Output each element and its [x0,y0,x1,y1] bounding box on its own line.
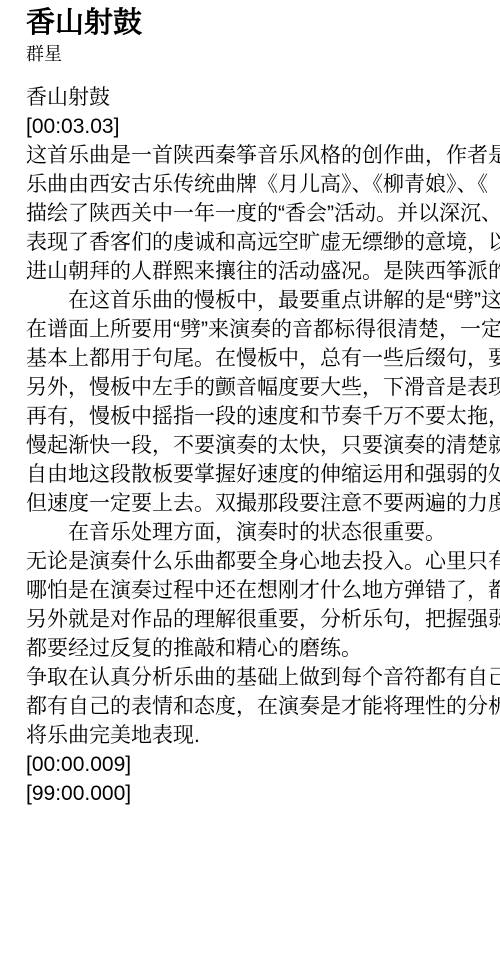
lyrics-line: 再有，慢板中摇指一段的速度和节奏千万不要太拖，很 [26,402,500,431]
lyrics-line: 在音乐处理方面，演奏时的状态很重要。 [26,518,500,547]
artist-name: 群星 [26,42,500,66]
lyrics-line: [99:00.000] [26,779,500,808]
lyrics-line: 争取在认真分析乐曲的基础上做到每个音符都有自己的 [26,663,500,692]
lyrics-line: 这首乐曲是一首陕西秦筝音乐风格的创作曲，作者是陕 [26,141,500,170]
lyrics-line: 自由地这段散板要掌握好速度的伸缩运用和强弱的处理 [26,460,500,489]
lyrics-line: 香山射鼓 [26,83,500,112]
lyrics-line: 另外就是对作品的理解很重要，分析乐句，把握强弱。 [26,605,500,634]
lyrics-line: 哪怕是在演奏过程中还在想刚才什么地方弹错了，都会 [26,576,500,605]
lyrics-line: 进山朝拜的人群熙来攘往的活动盛况。是陕西筝派的代 [26,257,500,286]
lyrics-line: [00:03.03] [26,112,500,141]
lyrics-line: 将乐曲完美地表现. [26,721,500,750]
lyrics-line: 另外，慢板中左手的颤音幅度要大些，下滑音是表现语 [26,373,500,402]
lyrics-text: 香山射鼓[00:03.03]这首乐曲是一首陕西秦筝音乐风格的创作曲，作者是陕乐曲… [26,83,500,808]
lyrics-line: 在谱面上所要用“劈”来演奏的音都标得很清楚，一定 [26,315,500,344]
lyrics-line: 乐曲由西安古乐传统曲牌《月儿高》、《柳青娘》、《 [26,170,500,199]
lyrics-line: 都要经过反复的推敲和精心的磨练。 [26,634,500,663]
lyrics-line: 慢起渐快一段，不要演奏的太快，只要演奏的清楚就可 [26,431,500,460]
lyrics-line: [00:00.009] [26,750,500,779]
lyrics-line: 无论是演奏什么乐曲都要全身心地去投入。心里只有旋 [26,547,500,576]
lyrics-line: 在这首乐曲的慢板中，最要重点讲解的是“劈”这 [26,286,500,315]
lyrics-line: 描绘了陕西关中一年一度的“香会”活动。并以深沉、 [26,199,500,228]
lyrics-line: 都有自己的表情和态度，在演奏是才能将理性的分析与 [26,692,500,721]
lyrics-page: 香山射鼓 群星 香山射鼓[00:03.03]这首乐曲是一首陕西秦筝音乐风格的创作… [0,0,500,970]
lyrics-line: 基本上都用于句尾。在慢板中，总有一些后缀句，要划 [26,344,500,373]
lyrics-line: 表现了香客们的虔诚和高远空旷虚无缥缈的意境，以及 [26,228,500,257]
lyrics-line: 但速度一定要上去。双撮那段要注意不要两遍的力度一 [26,489,500,518]
song-title: 香山射鼓 [26,6,500,40]
